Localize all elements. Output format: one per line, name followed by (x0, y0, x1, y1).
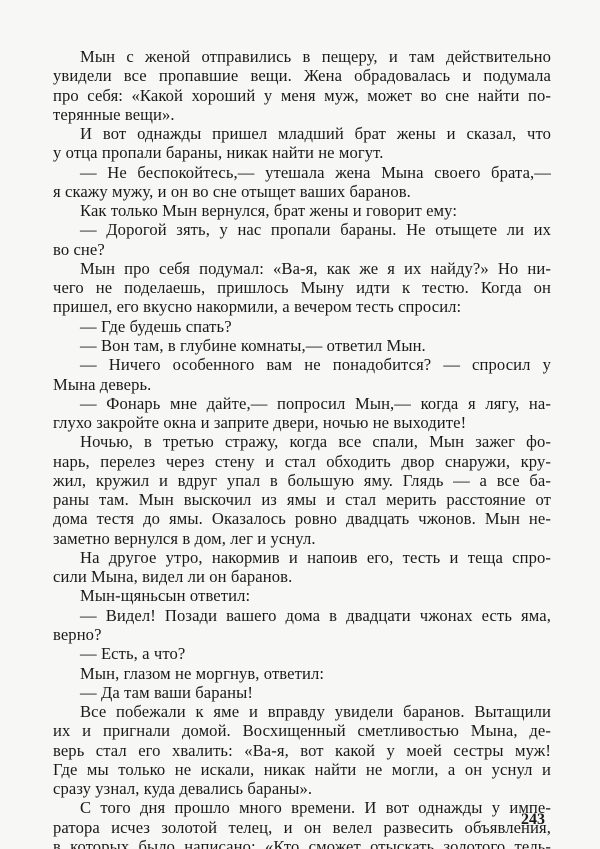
text-line: дома тестя до ямы. Оказалось ровно двадц… (53, 509, 551, 528)
text-line: — Не беспокойтесь,— утешала жена Мына св… (53, 163, 551, 182)
text-line: нарь, перелез через стену и стал обходит… (53, 452, 551, 471)
text-line: Ночью, в третью стражу, когда все спали,… (53, 432, 551, 451)
text-line: верь стал его хвалить: «Ва-я, вот какой … (53, 741, 551, 760)
text-line: чего не поделаешь, пришлось Мыну идти к … (53, 278, 551, 297)
text-line: жил, кружил и вдруг упал в большую яму. … (53, 471, 551, 490)
text-line: — Где будешь спать? (53, 317, 551, 336)
page-text-block: Мын с женой отправились в пещеру, и там … (53, 47, 551, 849)
text-line: Где мы только не искали, никак найти не … (53, 760, 551, 779)
text-line: их и пригнали домой. Восхищенный сметлив… (53, 721, 551, 740)
text-line: Как только Мын вернулся, брат жены и гов… (53, 201, 551, 220)
text-line: На другое утро, накормив и напоив его, т… (53, 548, 551, 567)
text-line: у отца пропали бараны, никак найти не мо… (53, 143, 551, 162)
text-line: Все побежали к яме и вправду увидели бар… (53, 702, 551, 721)
text-line: Мын, глазом не моргнув, ответил: (53, 664, 551, 683)
text-line: пришел, его вкусно накормили, а вечером … (53, 297, 551, 316)
text-line: в которых было написано: «Кто сможет оты… (53, 837, 551, 849)
text-line: раны там. Мын выскочил из ямы и стал мер… (53, 490, 551, 509)
text-line: — Да там ваши бараны! (53, 683, 551, 702)
text-line: про себя: «Какой хороший у меня муж, мож… (53, 86, 551, 105)
text-line: — Фонарь мне дайте,— попросил Мын,— когд… (53, 394, 551, 413)
text-line: Мын про себя подумал: «Ва-я, как же я их… (53, 259, 551, 278)
text-line: — Ничего особенного вам не понадобится? … (53, 355, 551, 374)
text-line: сили Мына, видел ли он баранов. (53, 567, 551, 586)
text-line: — Дорогой зять, у нас пропали бараны. Не… (53, 220, 551, 239)
text-line: верно? (53, 625, 551, 644)
text-line: увидели все пропавшие вещи. Жена обрадов… (53, 66, 551, 85)
text-line: И вот однажды пришел младший брат жены и… (53, 124, 551, 143)
text-line: — Видел! Позади вашего дома в двадцати ч… (53, 606, 551, 625)
text-line: я скажу мужу, и он во сне отыщет ваших б… (53, 182, 551, 201)
text-line: — Вон там, в глубине комнаты,— ответил М… (53, 336, 551, 355)
text-line: сразу узнал, куда девались бараны». (53, 779, 551, 798)
page-number: 243 (521, 811, 545, 829)
text-line: заметно вернулся в дом, лег и уснул. (53, 529, 551, 548)
text-line: во сне? (53, 240, 551, 259)
text-line: Мына деверь. (53, 375, 551, 394)
text-line: С того дня прошло много времени. И вот о… (53, 798, 551, 817)
text-line: глухо закройте окна и заприте двери, ноч… (53, 413, 551, 432)
text-line: Мын-щяньсын ответил: (53, 586, 551, 605)
text-line: — Есть, а что? (53, 644, 551, 663)
text-line: Мын с женой отправились в пещеру, и там … (53, 47, 551, 66)
text-line: ратора исчез золотой телец, и он велел р… (53, 818, 551, 837)
text-line: терянные вещи». (53, 105, 551, 124)
